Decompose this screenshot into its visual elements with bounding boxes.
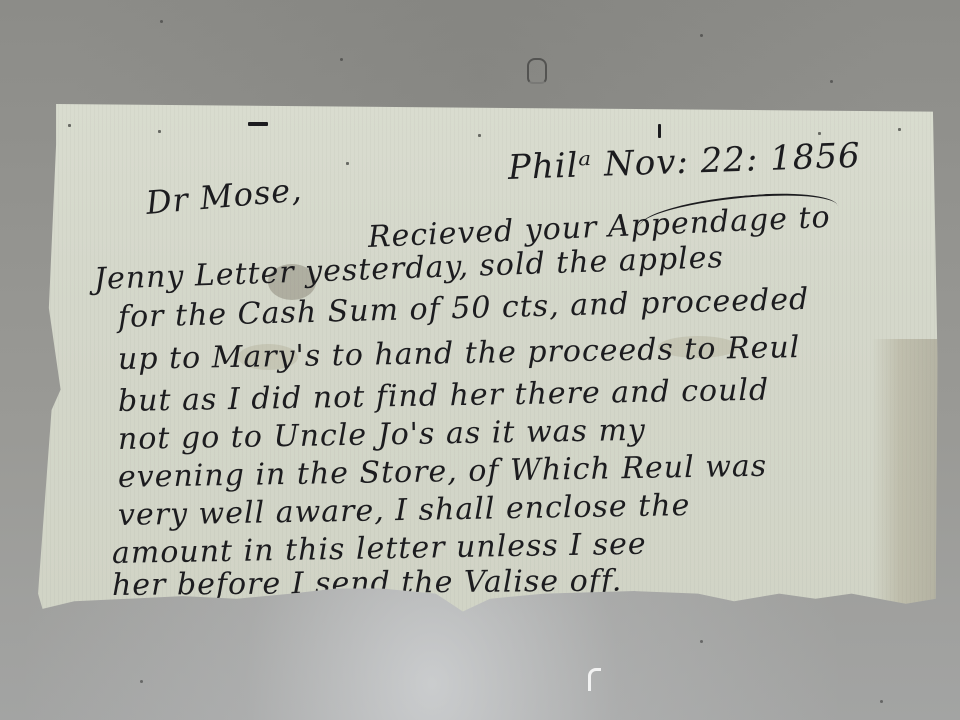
paper-speck	[818, 132, 821, 135]
letter-line-10: her before I send the Valise off.	[112, 564, 623, 603]
mat-speck	[700, 34, 703, 37]
paper-speck	[158, 130, 161, 133]
paper-speck	[898, 128, 901, 131]
letter-paper: Philᵃ Nov: 22: 1856 Dr Mose, Recieved yo…	[38, 104, 942, 614]
letter-line-8: very well aware, I shall enclose the	[118, 488, 691, 533]
letter-line-6: not go to Uncle Jo's as it was my	[118, 413, 646, 457]
letter-dateline: Philᵃ Nov: 22: 1856	[507, 136, 861, 188]
letter-line-4: up to Mary's to hand the proceeds to Reu…	[118, 330, 801, 377]
mat-speck	[880, 700, 883, 703]
paper-speck	[68, 124, 71, 127]
mat-speck	[340, 58, 343, 61]
mat-speck	[160, 20, 163, 23]
mat-speck	[140, 680, 143, 683]
paper-speck	[478, 134, 481, 137]
torn-bottom-line: … … …	[158, 596, 253, 626]
ink-dash	[248, 122, 268, 126]
mat-speck	[700, 640, 703, 643]
mat-hanger-mark	[527, 58, 547, 84]
letter-line-5: but as I did not find her there and coul…	[118, 373, 770, 419]
paper-speck	[346, 162, 349, 165]
mat-speck	[830, 80, 833, 83]
paper-fold-stain	[872, 339, 942, 614]
glare-reflection	[588, 668, 601, 691]
letter-salutation: Dr Mose,	[144, 170, 303, 222]
ink-dash	[658, 124, 661, 138]
